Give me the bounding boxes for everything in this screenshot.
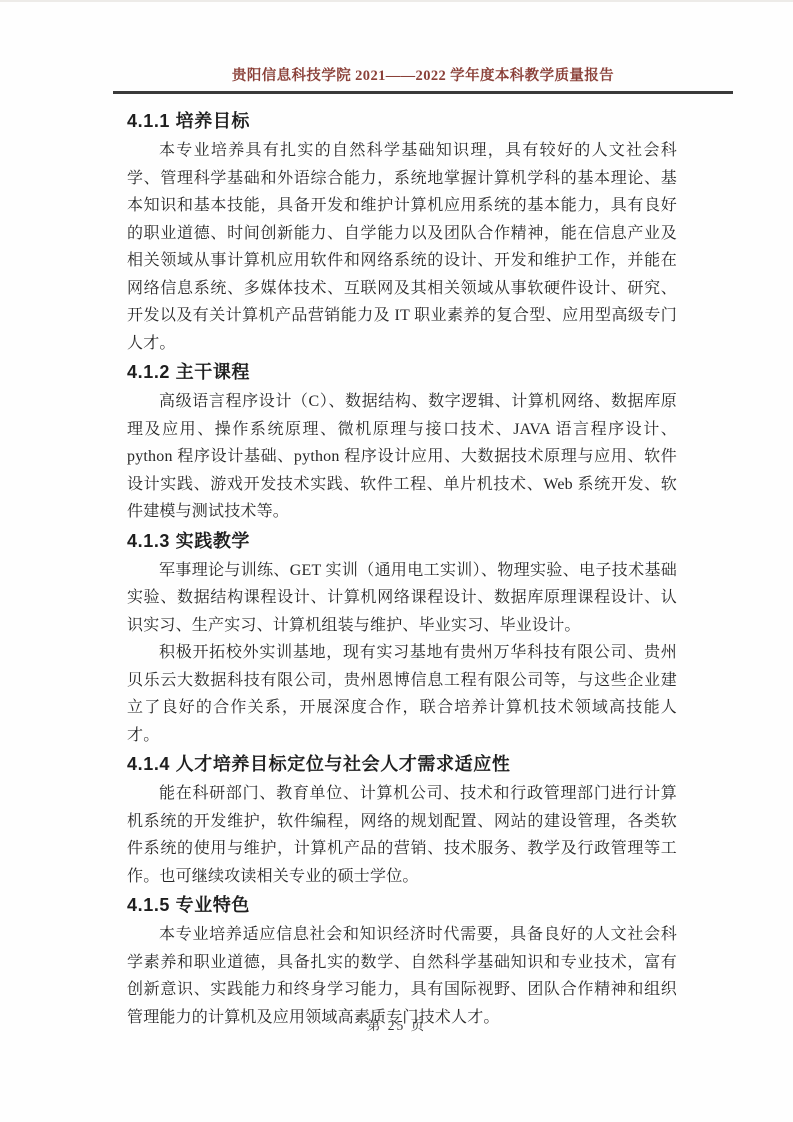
paragraph-core-courses: 高级语言程序设计（C）、数据结构、数字逻辑、计算机网络、数据库原理及应用、操作系… [127,388,677,526]
page-number: 第 25 页 [367,1018,426,1033]
section-heading-4-1-2: 4.1.2 主干课程 [127,359,677,385]
paragraph-training-bases: 积极开拓校外实训基地，现有实习基地有贵州万华科技有限公司、贵州贝乐云大数据科技有… [127,639,677,749]
section-heading-4-1-5: 4.1.5 专业特色 [127,892,677,918]
section-heading-4-1-3: 4.1.3 实践教学 [127,528,677,554]
running-head-title: 贵阳信息科技学院 2021——2022 学年度本科教学质量报告 [113,66,733,86]
section-heading-4-1-1: 4.1.1 培养目标 [127,108,677,134]
paragraph-practical-teaching: 军事理论与训练、GET 实训（通用电工实训）、物理实验、电子技术基础实验、数据结… [127,557,677,640]
document-page: 贵阳信息科技学院 2021——2022 学年度本科教学质量报告 4.1.1 培养… [0,0,793,1122]
page-footer: 第 25 页 [0,1014,793,1035]
paragraph-training-objectives: 本专业培养具有扎实的自然科学基础知识理，具有较好的人文社会科学、管理科学基础和外… [127,137,677,357]
paragraph-talent-demand-fit: 能在科研部门、教育单位、计算机公司、技术和行政管理部门进行计算机系统的开发维护，… [127,780,677,890]
page-content: 4.1.1 培养目标 本专业培养具有扎实的自然科学基础知识理，具有较好的人文社会… [127,94,677,1031]
section-heading-4-1-4: 4.1.4 人才培养目标定位与社会人才需求适应性 [127,751,677,777]
page-header: 贵阳信息科技学院 2021——2022 学年度本科教学质量报告 [113,2,733,94]
